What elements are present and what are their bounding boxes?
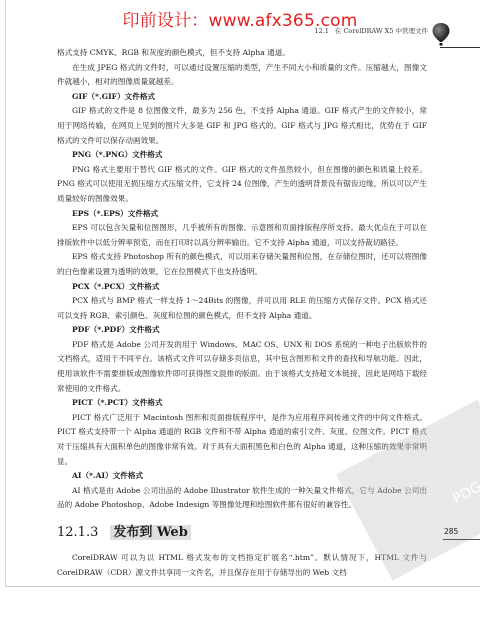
paragraph: GIF 格式的文件是 8 位图像文件，最多为 256 色，不支持 Alpha 通… (57, 104, 427, 148)
subheading: EPS（*.EPS）文件格式 (57, 207, 427, 222)
pdg-stamp-text: PDG (450, 479, 480, 507)
running-head: 12.1在 CorelDRAW X5 中管理文件 (314, 26, 428, 35)
paragraph: EPS 格式支持 Photoshop 所有的颜色模式，可以用来存储矢量图和位图，… (57, 250, 427, 279)
page-number-rule (443, 539, 480, 540)
subheading: PCX（*.PCX）文件格式 (57, 280, 427, 295)
section-body: CorelDRAW 可以为以 HTML 格式发布的文档指定扩展名“.htm”。默… (57, 551, 427, 580)
paragraph: EPS 可以包含矢量和位图图形，几乎被所有的图像、示意图和页面排版程序所支持。最… (57, 221, 427, 250)
body-text: 格式支持 CMYK、RGB 和灰度的颜色模式，但不支持 Alpha 通道。在生成… (57, 46, 427, 513)
paragraph: CorelDRAW 可以为以 HTML 格式发布的文档指定扩展名“.htm”。默… (57, 551, 427, 580)
paragraph: 格式支持 CMYK、RGB 和灰度的颜色模式，但不支持 Alpha 通道。 (57, 46, 427, 61)
section-number: 12.1.3 (57, 525, 98, 540)
section-title: 发布到 Web (110, 525, 190, 540)
page-number: 285 (444, 527, 458, 536)
subheading: PDF（*.PDF）文件格式 (57, 323, 427, 338)
paragraph: PDF 格式是 Adobe 公司开发的用于 Windows、MAC OS、UNX… (57, 338, 427, 396)
paragraph: 在生成 JPEG 格式的文件时，可以通过设置压缩的类型，产生不同大小和质量的文件… (57, 61, 427, 90)
subheading: PICT（*.PCT）文件格式 (57, 396, 427, 411)
running-head-section: 12.1 (314, 27, 328, 35)
balloon-icon (432, 22, 450, 46)
subheading: GIF（*.GIF）文件格式 (57, 90, 427, 105)
subheading: PNG（*.PNG）文件格式 (57, 148, 427, 163)
paragraph: PNG 格式主要用于替代 GIF 格式的文件。GIF 格式的文件虽然较小，但在图… (57, 163, 427, 207)
running-head-title: 在 CorelDRAW X5 中管理文件 (335, 27, 428, 35)
paragraph: PCX 格式与 BMP 格式一样支持 1～24Bits 的图像，并可以用 RLE… (57, 294, 427, 323)
header-rule (440, 47, 480, 48)
